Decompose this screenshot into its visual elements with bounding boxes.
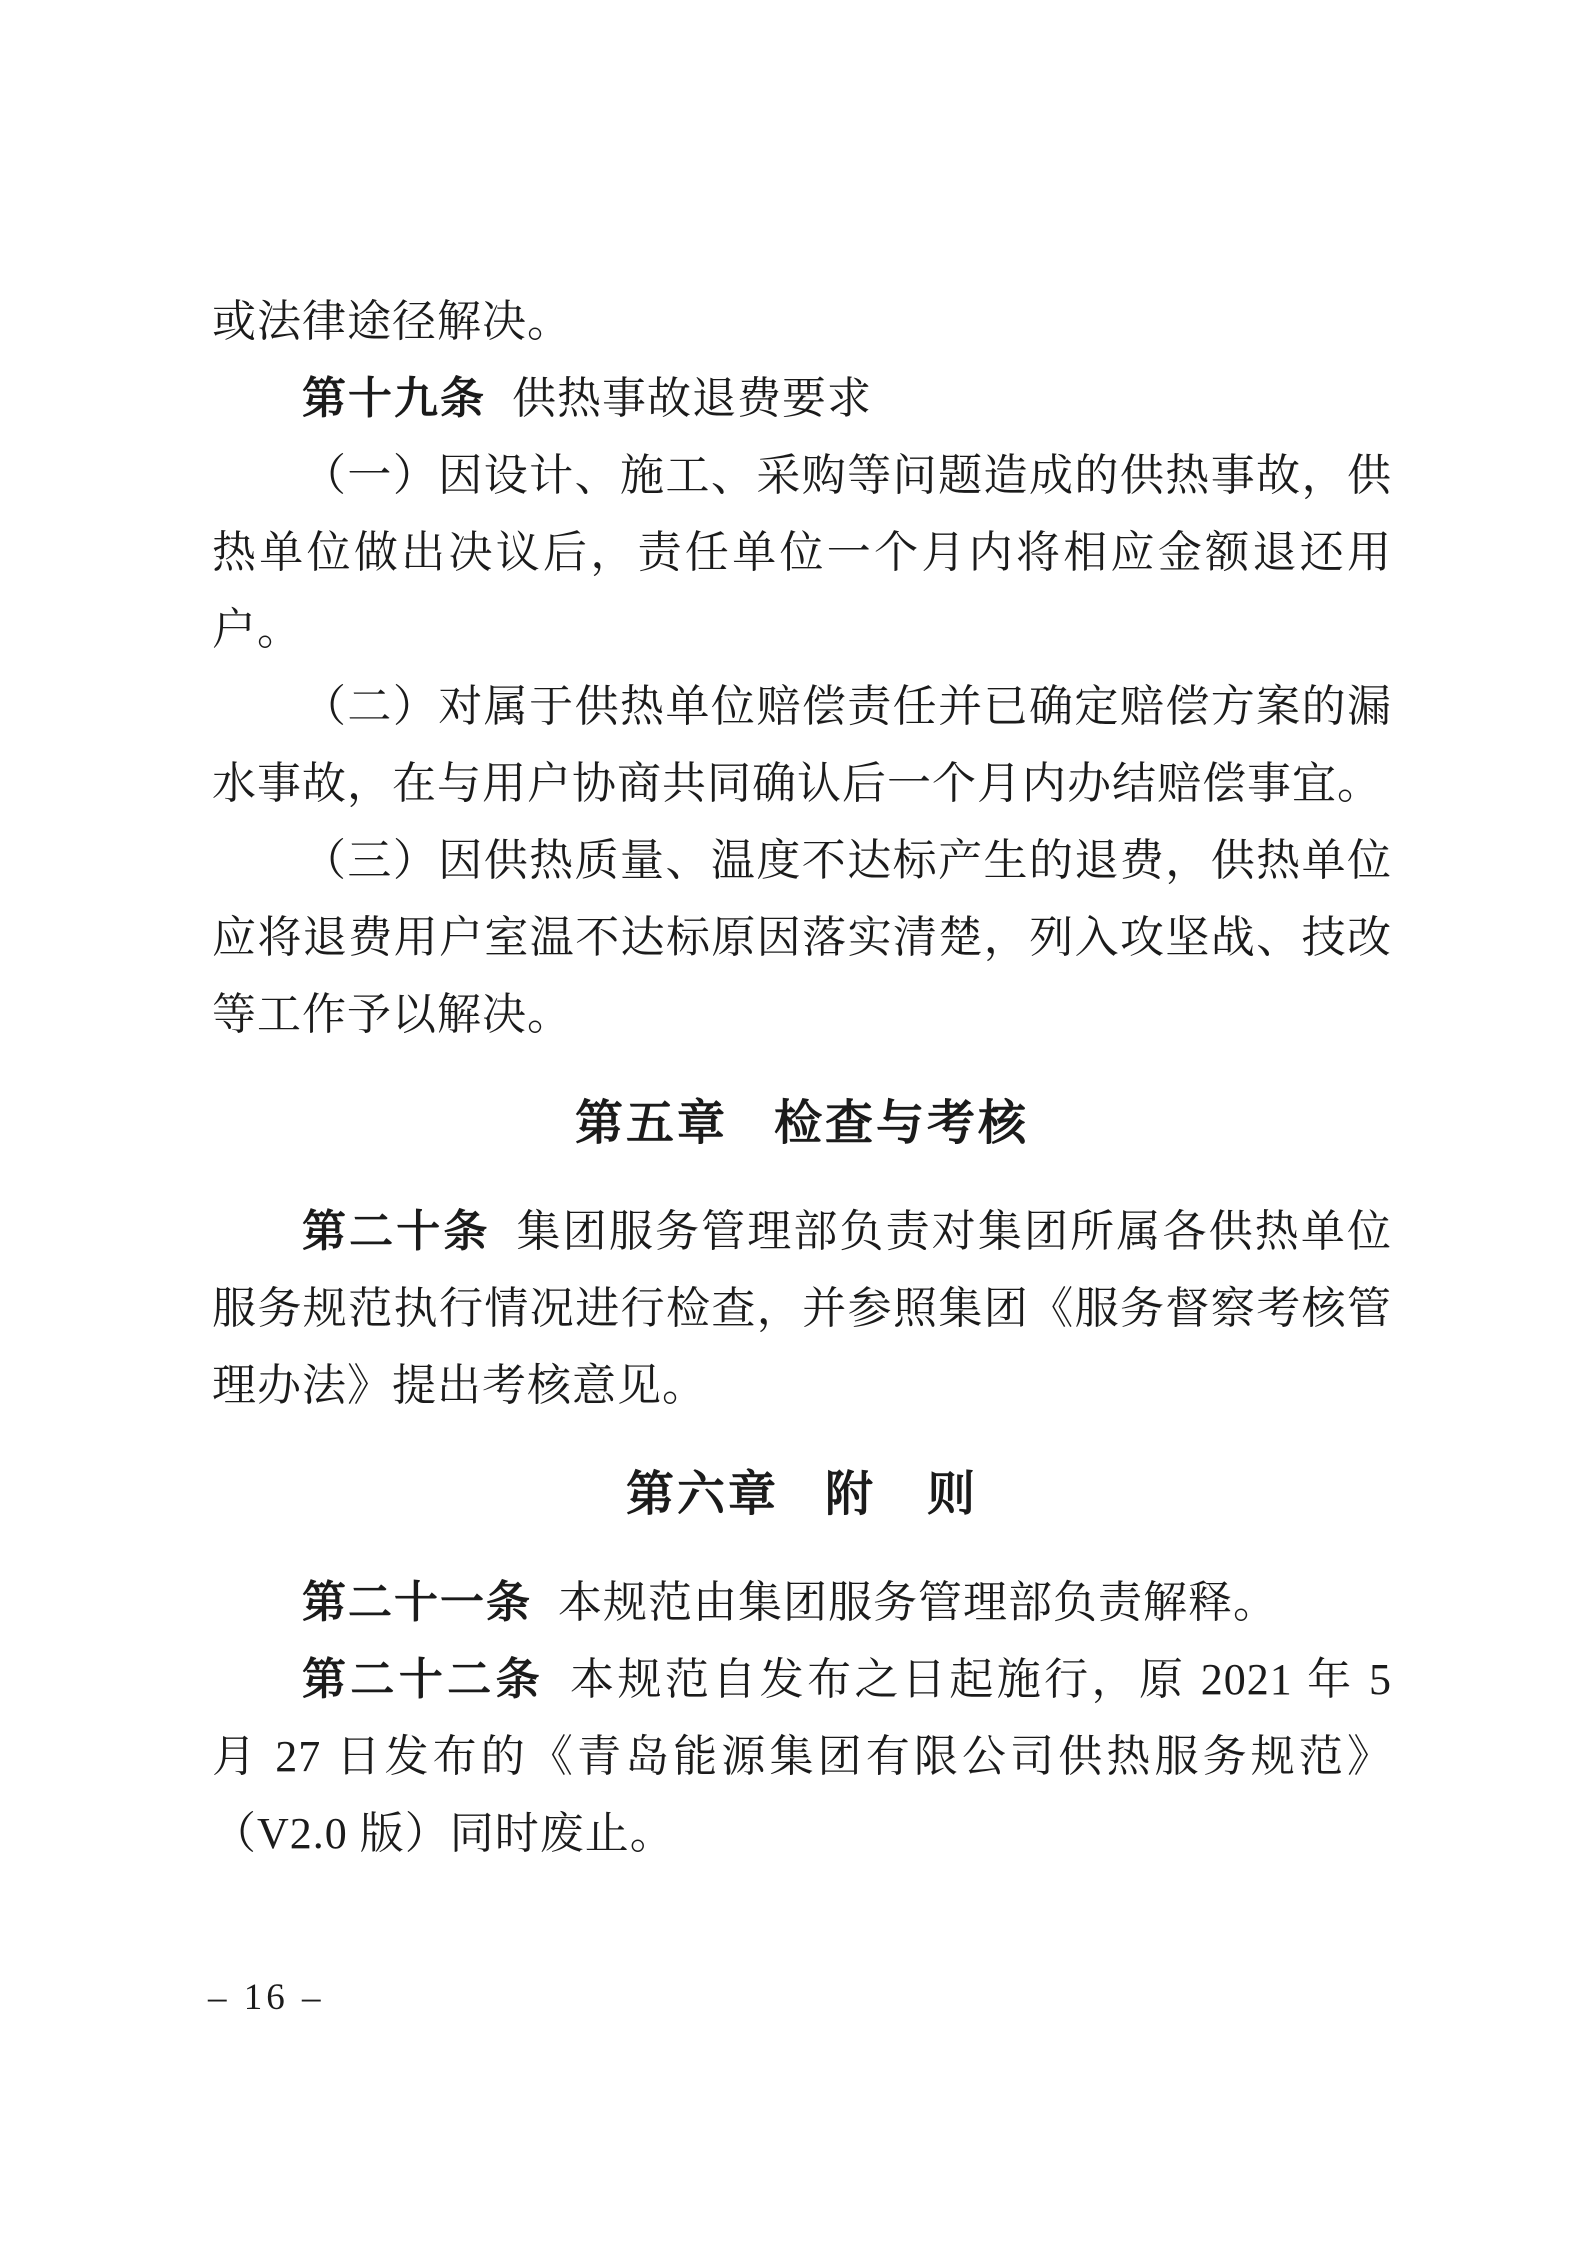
paragraph-continuation: 或法律途径解决。	[212, 283, 1392, 360]
article-19-heading: 第十九条供热事故退费要求	[212, 360, 1392, 437]
article-20-number: 第二十条	[302, 1207, 491, 1256]
document-page: 或法律途径解决。 第十九条供热事故退费要求 （一）因设计、施工、采购等问题造成的…	[0, 0, 1587, 2245]
article-21-number: 第二十一条	[302, 1578, 532, 1627]
chapter-6-number: 第六章	[626, 1468, 779, 1521]
article-20-paragraph: 第二十条集团服务管理部负责对集团所属各供热单位服务规范执行情况进行检查，并参照集…	[212, 1193, 1392, 1424]
clause-item-2: （二）对属于供热单位赔偿责任并已确定赔偿方案的漏水事故，在与用户协商共同确认后一…	[212, 668, 1392, 822]
article-21-paragraph: 第二十一条本规范由集团服务管理部负责解释。	[212, 1564, 1392, 1641]
document-body: 或法律途径解决。 第十九条供热事故退费要求 （一）因设计、施工、采购等问题造成的…	[212, 283, 1392, 1872]
chapter-5-heading: 第五章检查与考核	[212, 1085, 1392, 1162]
clause-item-3: （三）因供热质量、温度不达标产生的退费，供热单位应将退费用户室温不达标原因落实清…	[212, 822, 1392, 1053]
article-19-number: 第十九条	[302, 374, 486, 423]
article-21-text: 本规范由集团服务管理部负责解释。	[558, 1578, 1278, 1627]
chapter-6-heading: 第六章附 则	[212, 1456, 1392, 1533]
article-22-number: 第二十二条	[302, 1655, 544, 1704]
article-19-title: 供热事故退费要求	[512, 374, 872, 423]
article-22-paragraph: 第二十二条本规范自发布之日起施行，原 2021 年 5 月 27 日发布的《青岛…	[212, 1641, 1392, 1872]
chapter-5-title: 检查与考核	[774, 1097, 1029, 1150]
chapter-6-title: 附 则	[825, 1468, 978, 1521]
chapter-5-number: 第五章	[575, 1097, 728, 1150]
page-number: – 16 –	[208, 1976, 325, 2019]
clause-item-1: （一）因设计、施工、采购等问题造成的供热事故，供热单位做出决议后，责任单位一个月…	[212, 437, 1392, 668]
